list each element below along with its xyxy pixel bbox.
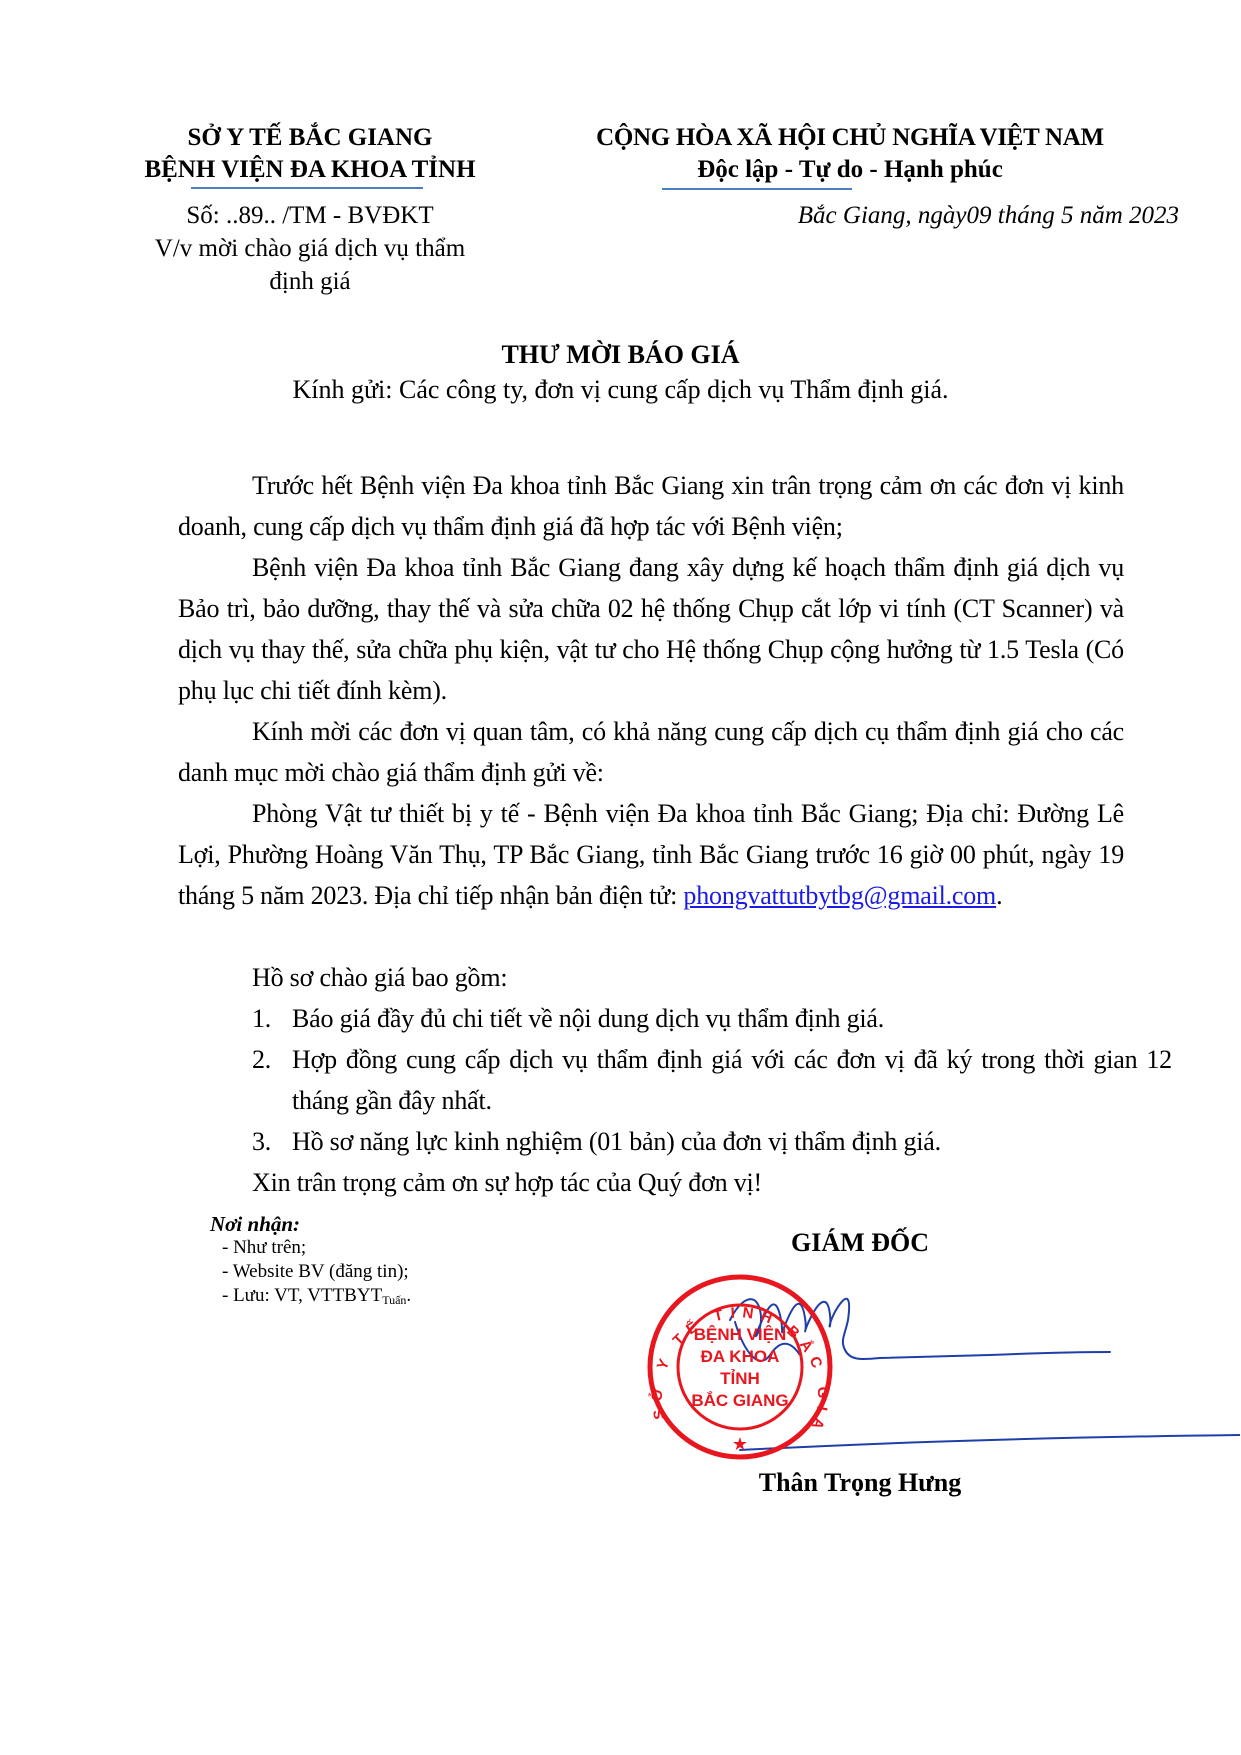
place-and-date: Bắc Giang, ngày09 tháng 5 năm 2023: [798, 200, 1179, 232]
agency-name: SỞ Y TẾ BẮC GIANG: [100, 122, 520, 154]
dossier-item-2: 2.Hợp đồng cung cấp dịch vụ thẩm định gi…: [252, 1039, 1172, 1121]
recipients-block: Nơi nhận: - Như trên; - Website BV (đăng…: [210, 1212, 411, 1312]
list-number: 3.: [252, 1121, 292, 1162]
recipient-item: - Website BV (đăng tin);: [210, 1260, 411, 1284]
stamp-star-icon: ★: [732, 1434, 748, 1454]
stamp-line-3: TỈNH: [720, 1369, 760, 1388]
dossier-item-1: 1.Báo giá đầy đủ chi tiết về nội dung dị…: [252, 998, 1132, 1039]
recipient-subscript: Tuấn: [382, 1293, 406, 1307]
header-left-underline: [191, 187, 423, 189]
closing-line: Xin trân trọng cảm ơn sự hợp tác của Quý…: [252, 1162, 762, 1203]
paragraph-address: Phòng Vật tư thiết bị y tế - Bệnh viện Đ…: [178, 793, 1124, 916]
recipient-item: - Như trên;: [210, 1236, 411, 1260]
country-name: CỘNG HÒA XÃ HỘI CHỦ NGHĨA VIỆT NAM: [520, 122, 1180, 154]
dossier-item-3: 3.Hồ sơ năng lực kinh nghiệm (01 bản) củ…: [252, 1121, 1132, 1162]
letter-title: THƯ MỜI BÁO GIÁ: [0, 340, 1241, 370]
stamp-line-4: BẮC GIANG: [691, 1391, 788, 1410]
paragraph-plan: Bệnh viện Đa khoa tỉnh Bắc Giang đang xâ…: [178, 547, 1124, 711]
list-number: 1.: [252, 998, 292, 1039]
stamp-and-signature: SỞ Y TẾ TỈNH BẮC GIANG BỆNH VIỆN ĐA KHOA…: [640, 1260, 1240, 1460]
header-right-underline: [662, 188, 852, 190]
signer-name: Thân Trọng Hưng: [700, 1468, 1020, 1498]
signer-position: GIÁM ĐỐC: [700, 1228, 1020, 1258]
paragraph-invitation: Kính mời các đơn vị quan tâm, có khả năn…: [178, 711, 1124, 793]
email-suffix: .: [996, 881, 1002, 910]
subject-line-1: V/v mời chào giá dịch vụ thẩm: [100, 233, 520, 265]
list-number: 2.: [252, 1039, 292, 1080]
dossier-intro: Hồ sơ chào giá bao gồm:: [252, 957, 507, 998]
stamp-line-2: ĐA KHOA: [701, 1347, 780, 1366]
recipient-suffix: .: [406, 1285, 411, 1306]
subject-line-2: định giá: [100, 266, 520, 298]
list-text: Báo giá đầy đủ chi tiết về nội dung dịch…: [292, 1004, 884, 1033]
recipient-item: - Lưu: VT, VTTBYTTuấn.: [210, 1284, 411, 1312]
hospital-stamp-icon: [650, 1277, 830, 1457]
document-number: Số: ..89.. /TM - BVĐKT: [100, 200, 520, 232]
paragraph-thanks: Trước hết Bệnh viện Đa khoa tỉnh Bắc Gia…: [178, 465, 1124, 547]
stamp-line-1: BỆNH VIỆN: [694, 1325, 787, 1344]
email-link[interactable]: phongvattutbytbg@gmail.com: [683, 881, 996, 910]
list-text: Hồ sơ năng lực kinh nghiệm (01 bản) của …: [292, 1127, 941, 1156]
recipient-item-text: - Lưu: VT, VTTBYT: [222, 1285, 382, 1306]
national-motto: Độc lập - Tự do - Hạnh phúc: [520, 154, 1180, 186]
letter-recipient: Kính gửi: Các công ty, đơn vị cung cấp d…: [0, 375, 1241, 405]
hospital-name: BỆNH VIỆN ĐA KHOA TỈNH: [100, 154, 520, 186]
list-text: Hợp đồng cung cấp dịch vụ thẩm định giá …: [292, 1045, 1172, 1115]
recipients-label: Nơi nhận:: [210, 1212, 411, 1236]
